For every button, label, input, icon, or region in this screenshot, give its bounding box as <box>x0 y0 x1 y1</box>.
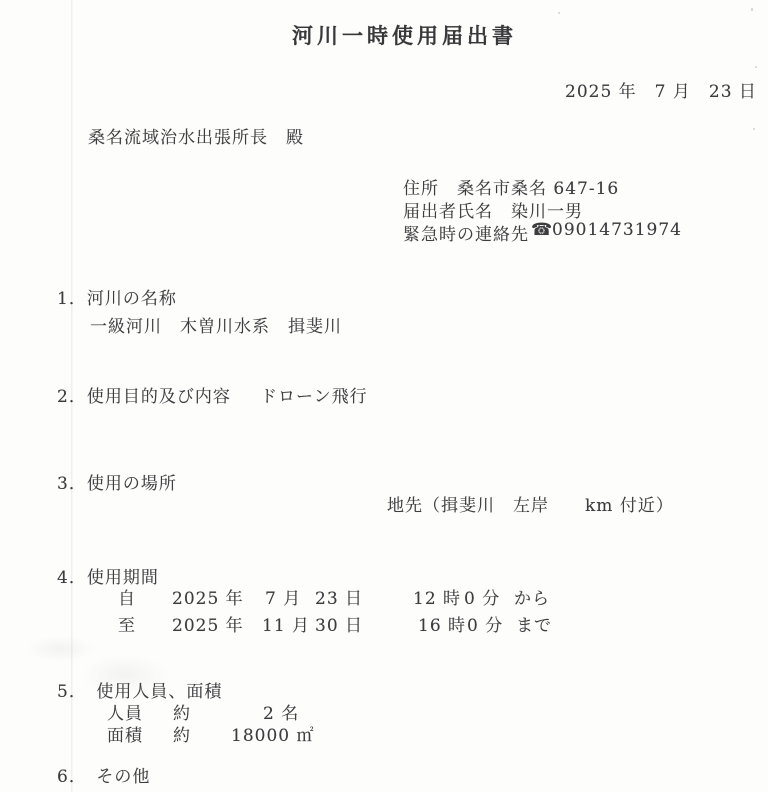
scan-smudge <box>25 636 95 662</box>
period-from-suffix: から <box>514 584 550 609</box>
section2-heading: 2．使用目的及び内容 <box>57 382 231 407</box>
section2-row: 2．使用目的及び内容 ドローン飛行 <box>0 382 768 406</box>
addressee-line: 桑名流域治水出張所長 殿 <box>88 123 304 148</box>
period-to-year: 2025 年 <box>172 611 244 636</box>
period-from-prefix: 自 <box>118 584 136 609</box>
period-to-suffix: まで <box>516 611 552 636</box>
area-value: 18000 ㎡ <box>231 721 314 746</box>
period-from-day: 23 日 <box>315 584 363 609</box>
section3-location-value: 地先（揖斐川 左岸 km 付近） <box>387 491 674 516</box>
period-from-hour: 12 時 <box>413 584 461 609</box>
emergency-phone-number: 09014731974 <box>552 220 682 240</box>
period-from-year: 2025 年 <box>172 584 244 609</box>
section2-purpose-value: ドローン飛行 <box>260 382 368 407</box>
usage-period-to-row: 至 2025 年 11 月 30 日 16 時 0 分 まで <box>0 611 768 635</box>
period-to-prefix: 至 <box>118 611 136 636</box>
document-title: 河川一時使用届出書 <box>292 20 517 50</box>
scanned-document-page: 河川一時使用届出書 2025 年 7 月 23 日 桑名流域治水出張所長 殿 住… <box>0 0 768 792</box>
scan-speck <box>753 128 755 130</box>
section1-river-name: 一級河川 木曽川水系 揖斐川 <box>90 312 342 337</box>
emergency-contact-row: 緊急時の連絡先 ☎ 09014731974 <box>0 220 768 244</box>
area-row: 面積 約 18000 ㎡ <box>0 721 768 745</box>
section3-heading: 3．使用の場所 <box>57 469 177 494</box>
period-to-month: 11 月 <box>262 611 310 636</box>
period-from-month: 7 月 <box>265 584 301 609</box>
usage-period-from-row: 自 2025 年 7 月 23 日 12 時 0 分 から <box>0 584 768 608</box>
period-to-hour: 16 時 <box>418 611 466 636</box>
scan-speck <box>755 66 757 68</box>
period-from-minute: 0 分 <box>464 584 500 609</box>
emergency-contact-label: 緊急時の連絡先 <box>403 220 529 245</box>
section1-heading: 1．河川の名称 <box>57 284 177 309</box>
section6-heading: 6． その他 <box>57 762 150 787</box>
period-to-minute: 0 分 <box>467 611 503 636</box>
period-to-day: 30 日 <box>315 611 363 636</box>
submitter-address-line: 住所 桑名市桑名 647-16 <box>403 174 619 199</box>
document-date: 2025 年 7 月 23 日 <box>565 77 757 102</box>
area-label: 面積 <box>107 721 143 746</box>
phone-icon: ☎ <box>531 220 553 240</box>
scan-speck <box>751 8 753 11</box>
scan-speck <box>558 12 560 14</box>
area-approx: 約 <box>173 721 191 746</box>
submitter-name-line: 届出者氏名 染川一男 <box>403 197 583 222</box>
personnel-row: 人員 約 2 名 <box>0 699 768 723</box>
